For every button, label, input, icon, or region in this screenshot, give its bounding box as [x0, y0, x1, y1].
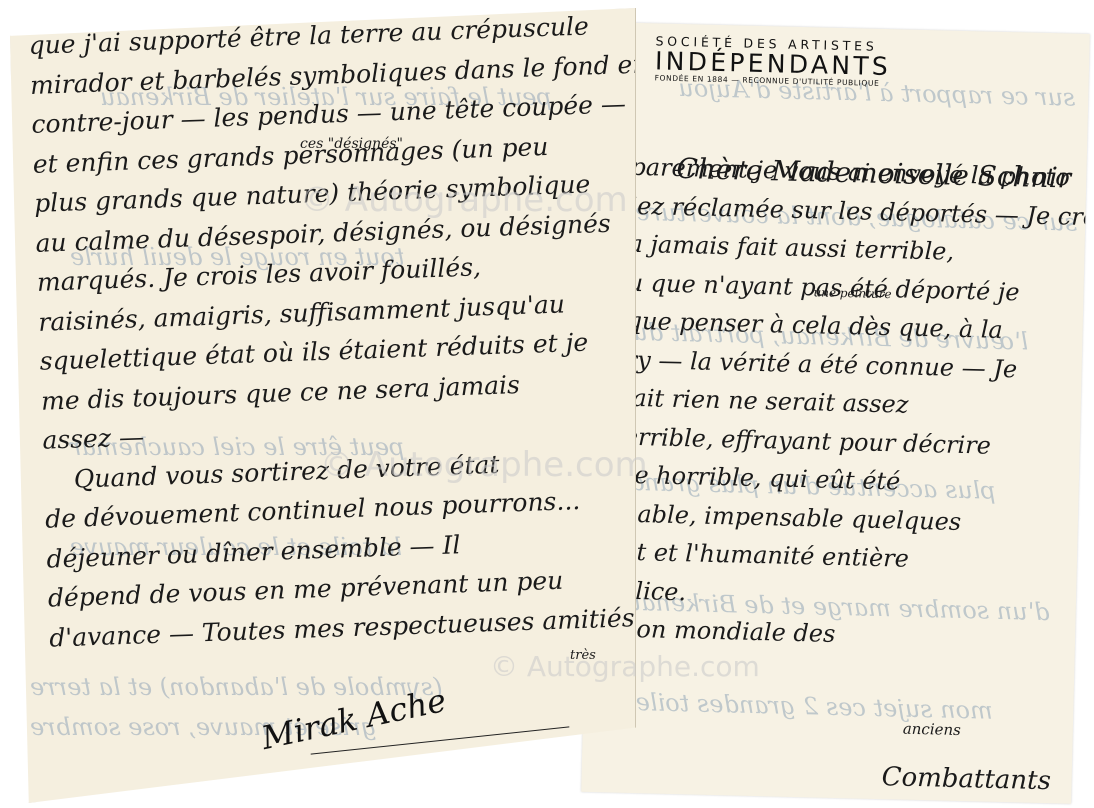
insert-tres: très [570, 648, 596, 663]
letterhead: SOCIÉTÉ DES ARTISTES INDÉPENDANTS FONDÉE… [655, 33, 892, 88]
left-sheet-body: que j'ai supporté être la terre au crépu… [28, 8, 636, 658]
closing-insert-anciens: anciens [903, 720, 961, 739]
letter-sheet-right: sur ce rapport à l'artiste d'Aujou sur c… [581, 22, 1090, 804]
letter-sheet-left: peut le faire sur l'atelier de Birkenau … [10, 8, 636, 803]
right-sheet-body: …parement je vous ai envoyé la photo …ie… [595, 147, 1090, 660]
closing-combattants: Combattants [881, 762, 1051, 796]
